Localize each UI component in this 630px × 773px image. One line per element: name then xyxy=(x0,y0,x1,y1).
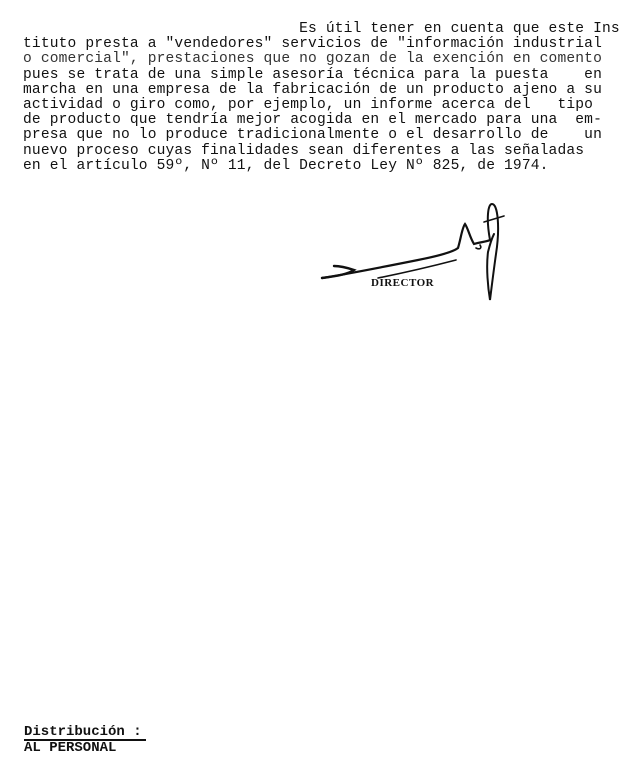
body-line: marcha en una empresa de la fabricación … xyxy=(23,83,619,98)
body-line: presa que no lo produce tradicionalmente… xyxy=(23,128,619,143)
body-line: nuevo proceso cuyas finalidades sean dif… xyxy=(23,144,619,159)
signature-scribble xyxy=(318,198,528,308)
body-line: actividad o giro como, por ejemplo, un i… xyxy=(23,98,619,113)
distribution-recipient: AL PERSONAL xyxy=(24,741,146,755)
body-line: en el artículo 59º, Nº 11, del Decreto L… xyxy=(23,159,619,174)
distribution-block: Distribución : AL PERSONAL xyxy=(24,725,146,755)
distribution-label: Distribución : xyxy=(24,725,146,741)
body-line: tituto presta a "vendedores" servicios d… xyxy=(23,37,619,52)
body-line: o comercial", prestaciones que no gozan … xyxy=(23,52,619,67)
signature-title: DIRECTOR xyxy=(371,277,434,289)
body-line: pues se trata de una simple asesoría téc… xyxy=(23,68,619,83)
body-line: Es útil tener en cuenta que este Ins xyxy=(23,22,619,37)
body-paragraph: Es útil tener en cuenta que este Ins tit… xyxy=(23,22,619,174)
body-line: de producto que tendría mejor acogida en… xyxy=(23,113,619,128)
